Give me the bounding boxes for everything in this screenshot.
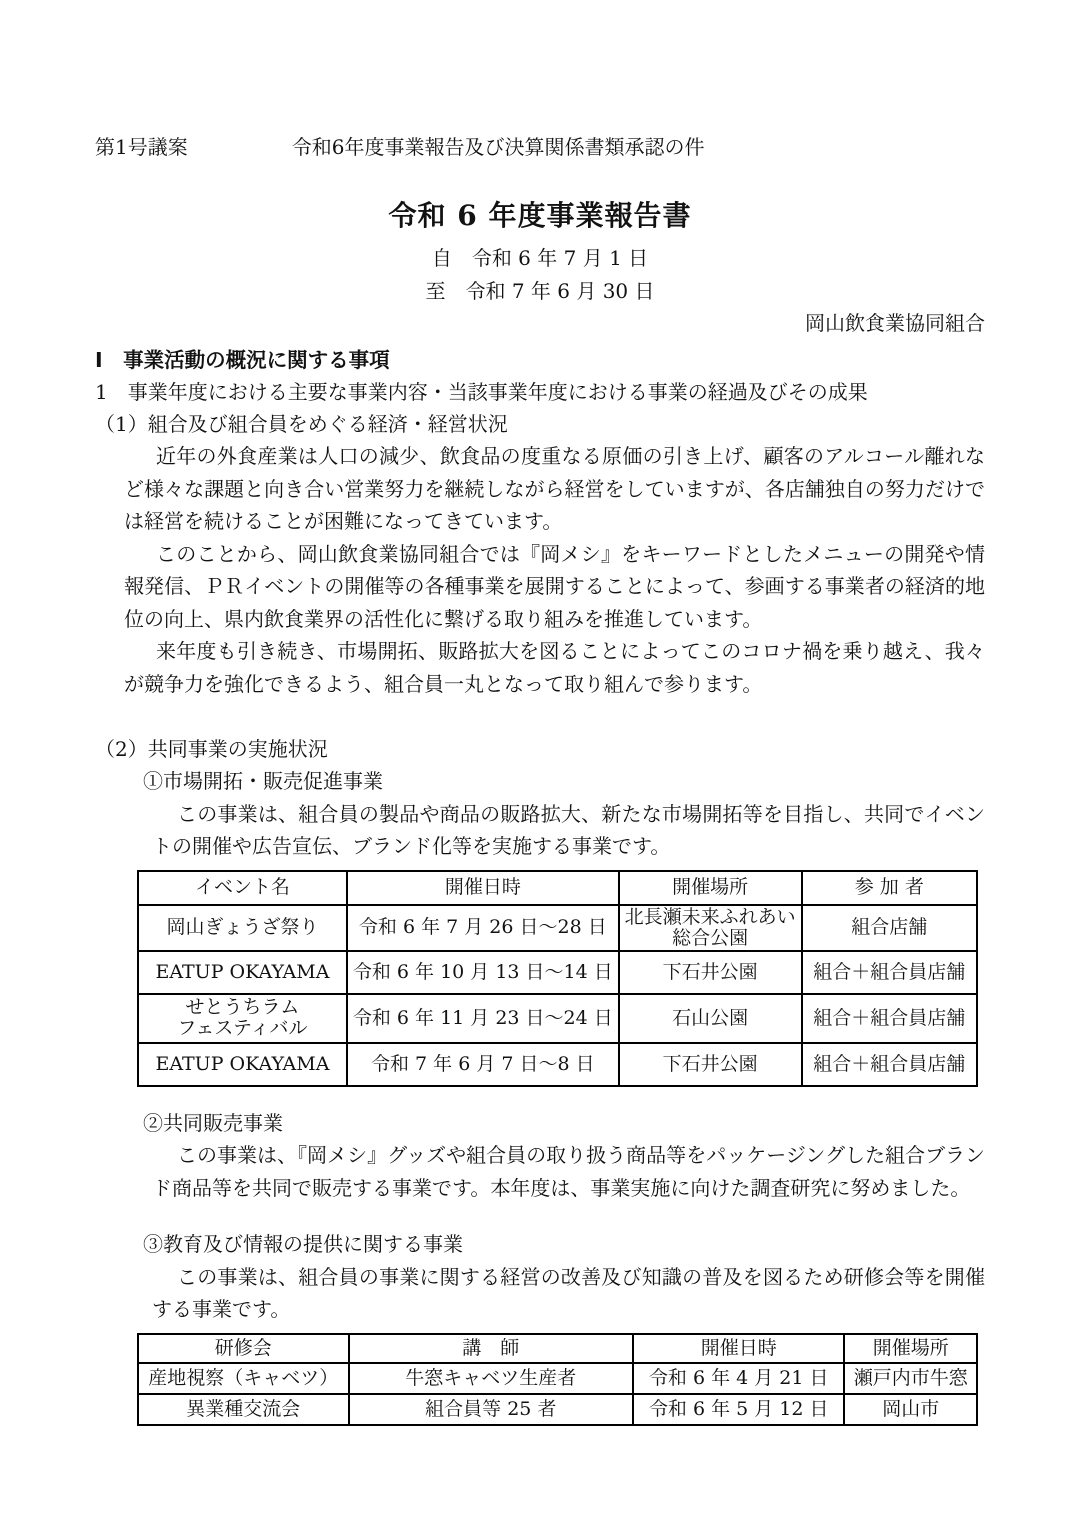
table-cell: 牛窓キャベツ生産者 <box>349 1363 633 1394</box>
agenda-label: 第1号議案 <box>95 136 188 159</box>
table-header-cell: イベント名 <box>138 871 347 905</box>
table-cell: 産地視察（キャベツ） <box>138 1363 349 1394</box>
table-row: EATUP OKAYAMA令和 7 年 6 月 7 日～8 日下石井公園組合＋組… <box>138 1043 977 1086</box>
events-table: イベント名開催日時開催場所参 加 者岡山ぎょうざ祭り令和 6 年 7 月 26 … <box>137 870 978 1087</box>
table-cell: 石山公園 <box>619 994 802 1043</box>
organization-name: 岡山飲食業協同組合 <box>95 312 985 335</box>
table-header-cell: 参 加 者 <box>802 871 977 905</box>
table-cell: 令和 6 年 5 月 12 日 <box>633 1394 844 1425</box>
paragraph-economic-1: 近年の外食産業は人口の減少、飲食品の度重なる原価の引き上げ、顧客のアルコール離れ… <box>124 440 985 538</box>
table-row: 岡山ぎょうざ祭り令和 6 年 7 月 26 日～28 日北長瀬未来ふれあい 総合… <box>138 905 977 951</box>
sub-item-2-heading: ②共同販売事業 <box>143 1107 985 1140</box>
trainings-table: 研修会講 師開催日時開催場所産地視察（キャベツ）牛窓キャベツ生産者令和 6 年 … <box>137 1333 978 1426</box>
table-cell: せとうちラム フェスティバル <box>138 994 347 1043</box>
table-cell: 岡山ぎょうざ祭り <box>138 905 347 951</box>
table-cell: 令和 6 年 7 月 26 日～28 日 <box>347 905 619 951</box>
table-cell: 組合員等 25 者 <box>349 1394 633 1425</box>
table-header-cell: 開催場所 <box>844 1334 977 1363</box>
sub-item-1-heading: ①市場開拓・販売促進事業 <box>143 765 985 798</box>
table-cell: 組合＋組合員店舗 <box>802 1043 977 1086</box>
table-header-cell: 研修会 <box>138 1334 349 1363</box>
table-row: せとうちラム フェスティバル令和 6 年 11 月 23 日～24 日石山公園組… <box>138 994 977 1043</box>
section-heading: Ⅰ 事業活動の概況に関する事項 <box>95 344 985 376</box>
table-cell: 令和 6 年 10 月 13 日～14 日 <box>347 951 619 994</box>
period-from: 自 令和 6 年 7 月 1 日 <box>95 242 985 275</box>
table-cell: 令和 6 年 11 月 23 日～24 日 <box>347 994 619 1043</box>
table-header-row: 研修会講 師開催日時開催場所 <box>138 1334 977 1363</box>
table-cell: 組合店舗 <box>802 905 977 951</box>
table-cell: EATUP OKAYAMA <box>138 951 347 994</box>
table-row: 産地視察（キャベツ）牛窓キャベツ生産者令和 6 年 4 月 21 日瀬戸内市牛窓 <box>138 1363 977 1394</box>
table-header-cell: 講 師 <box>349 1334 633 1363</box>
table-cell: 組合＋組合員店舗 <box>802 994 977 1043</box>
table-header-row: イベント名開催日時開催場所参 加 者 <box>138 871 977 905</box>
table-cell: 下石井公園 <box>619 951 802 994</box>
table-cell: 令和 6 年 4 月 21 日 <box>633 1363 844 1394</box>
table-header-cell: 開催場所 <box>619 871 802 905</box>
table-row: 異業種交流会組合員等 25 者令和 6 年 5 月 12 日岡山市 <box>138 1394 977 1425</box>
table-cell: 組合＋組合員店舗 <box>802 951 977 994</box>
table-cell: 瀬戸内市牛窓 <box>844 1363 977 1394</box>
document-content: 第1号議案 令和6年度事業報告及び決算関係書類承認の件 令和 6 年度事業報告書… <box>0 0 1080 1426</box>
agenda-line: 第1号議案 令和6年度事業報告及び決算関係書類承認の件 <box>95 136 985 159</box>
section-item-1: 1 事業年度における主要な事業内容・当該事業年度における事業の経過及びその成果 <box>95 376 985 408</box>
agenda-title: 令和6年度事業報告及び決算関係書類承認の件 <box>292 136 705 159</box>
period-to: 至 令和 7 年 6 月 30 日 <box>95 275 985 308</box>
table-cell: 下石井公園 <box>619 1043 802 1086</box>
document-page: 第1号議案 令和6年度事業報告及び決算関係書類承認の件 令和 6 年度事業報告書… <box>0 0 1080 1528</box>
table-header-cell: 開催日時 <box>347 871 619 905</box>
subsection-2-heading: （2）共同事業の実施状況 <box>95 733 985 765</box>
sub-item-2-body: この事業は、『岡メシ』グッズや組合員の取り扱う商品等をパッケージングした組合ブラ… <box>152 1139 985 1204</box>
sub-item-3-body: この事業は、組合員の事業に関する経営の改善及び知識の普及を図るため研修会等を開催… <box>152 1261 985 1326</box>
table-cell: 岡山市 <box>844 1394 977 1425</box>
table-cell: 北長瀬未来ふれあい 総合公園 <box>619 905 802 951</box>
sub-item-3-heading: ③教育及び情報の提供に関する事業 <box>143 1228 985 1261</box>
report-title: 令和 6 年度事業報告書 <box>95 197 985 234</box>
paragraph-economic-2: このことから、岡山飲食業協同組合では『岡メシ』をキーワードとしたメニューの開発や… <box>124 538 985 636</box>
subsection-1-heading: （1）組合及び組合員をめぐる経済・経営状況 <box>95 408 985 440</box>
paragraph-economic-3: 来年度も引き続き、市場開拓、販路拡大を図ることによってこのコロナ禍を乗り越え、我… <box>124 635 985 700</box>
table-cell: 異業種交流会 <box>138 1394 349 1425</box>
table-cell: 令和 7 年 6 月 7 日～8 日 <box>347 1043 619 1086</box>
table-header-cell: 開催日時 <box>633 1334 844 1363</box>
sub-item-1-body: この事業は、組合員の製品や商品の販路拡大、新たな市場開拓等を目指し、共同でイベン… <box>152 798 985 863</box>
table-row: EATUP OKAYAMA令和 6 年 10 月 13 日～14 日下石井公園組… <box>138 951 977 994</box>
table-cell: EATUP OKAYAMA <box>138 1043 347 1086</box>
